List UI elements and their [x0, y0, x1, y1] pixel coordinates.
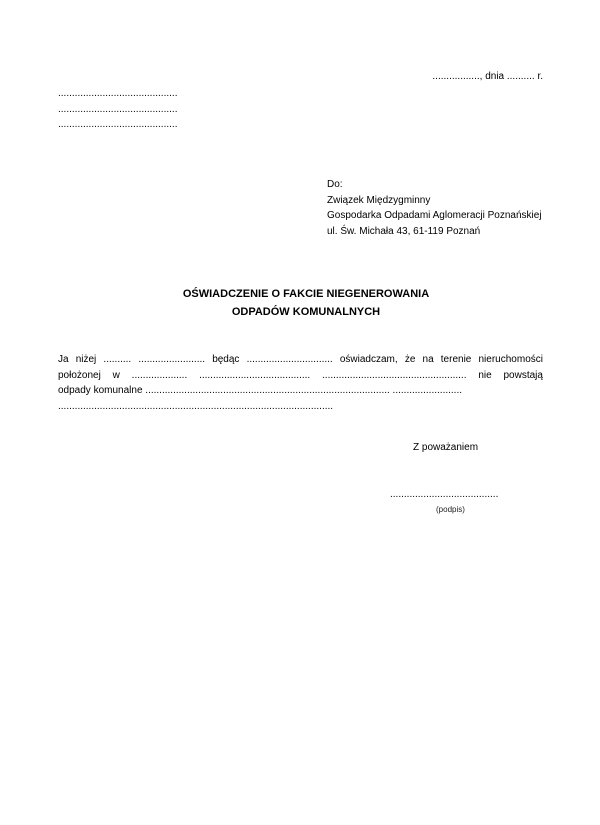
blank-field: ........................ — [138, 352, 205, 368]
body-word: oświadczam, — [340, 352, 398, 368]
blank-field: .......... — [103, 352, 131, 368]
body-word: będąc — [212, 352, 239, 368]
sender-line-1: ........................................… — [58, 86, 177, 102]
body-word: że — [405, 352, 416, 368]
recipient-name: Związek Międzygminny — [327, 193, 542, 209]
sender-block: ........................................… — [58, 86, 177, 133]
title-line-1: OŚWIADCZENIE O FAKCIE NIEGENEROWANIA — [0, 285, 600, 303]
body-word: na — [423, 352, 434, 368]
date-line: ................., dnia .......... r. — [432, 71, 543, 82]
body-word: niżej — [76, 352, 97, 368]
blank-field: ........................................… — [58, 399, 333, 415]
declaration-body: Ja niżej .......... ....................… — [58, 352, 543, 414]
signature-label: (podpis) — [436, 505, 465, 514]
body-row-1: Ja niżej .......... ....................… — [58, 352, 543, 368]
body-row-4: ........................................… — [58, 399, 543, 415]
closing-phrase: Z poważaniem — [413, 442, 478, 453]
recipient-address: ul. Św. Michała 43, 61-119 Poznań — [327, 224, 542, 240]
recipient-block: Do: Związek Międzygminny Gospodarka Odpa… — [327, 177, 542, 239]
sender-line-2: ........................................… — [58, 102, 177, 118]
blank-field: .................... — [132, 368, 188, 384]
body-word: Ja — [58, 352, 69, 368]
signature-line: ....................................... — [390, 489, 498, 500]
body-word: powstają — [503, 368, 542, 384]
blank-field: ............................... — [247, 352, 333, 368]
blank-field: ........................................… — [322, 368, 466, 384]
blank-field: ........................................ — [199, 368, 310, 384]
document-title: OŚWIADCZENIE O FAKCIE NIEGENEROWANIA ODP… — [0, 285, 600, 321]
recipient-org: Gospodarka Odpadami Aglomeracji Poznańsk… — [327, 208, 542, 224]
body-word: terenie — [441, 352, 472, 368]
body-row-2: położonej w .................... .......… — [58, 368, 543, 384]
body-word: w — [113, 368, 120, 384]
recipient-label: Do: — [327, 177, 542, 193]
body-word: nieruchomości — [479, 352, 543, 368]
body-line: odpady komunalne .......................… — [58, 383, 462, 399]
body-word: położonej — [58, 368, 101, 384]
sender-line-3: ........................................… — [58, 117, 177, 133]
body-word: nie — [478, 368, 491, 384]
body-row-3: odpady komunalne .......................… — [58, 383, 543, 399]
title-line-2: ODPADÓW KOMUNALNYCH — [0, 303, 600, 321]
